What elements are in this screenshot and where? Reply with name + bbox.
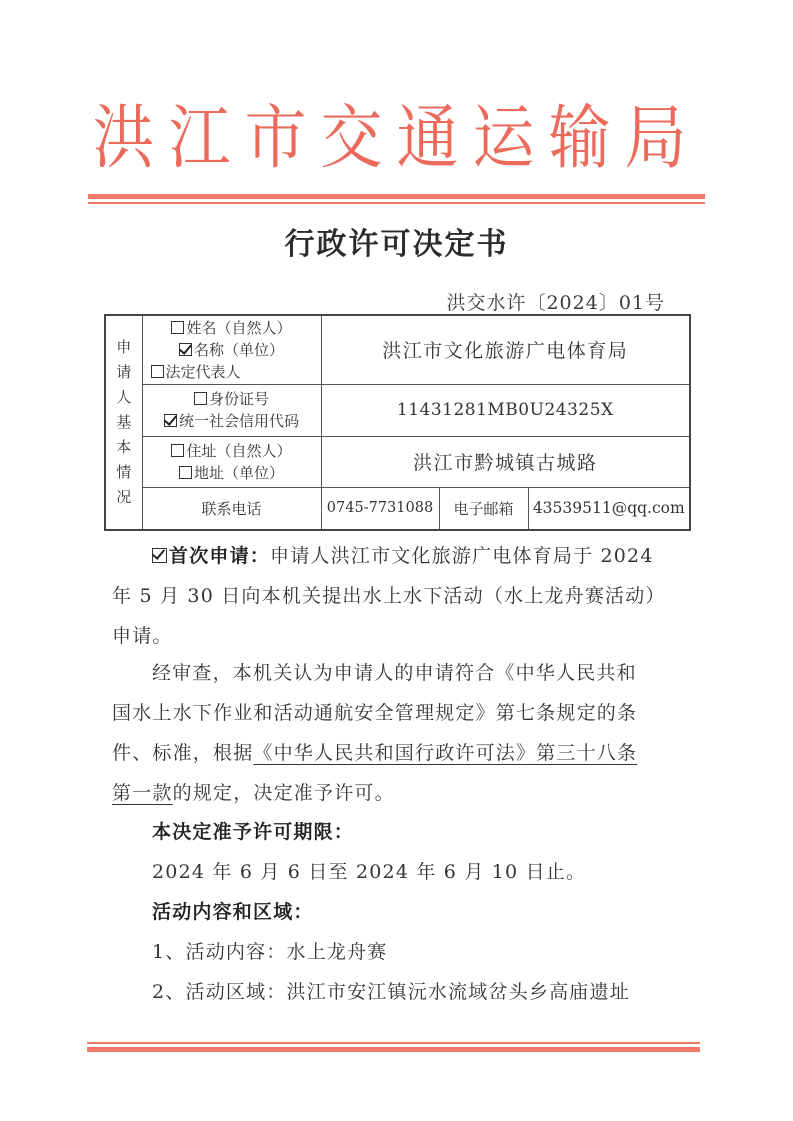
id-row: 身份证号 统一社会信用代码 11431281MB0U24325X [105, 384, 690, 436]
applicant-info-table: 申 请 人 基 本 情 况 姓名（自然人） 名称（单位） 法定代表人 洪江市文化… [104, 314, 691, 531]
checkbox-checked-icon [179, 343, 192, 356]
option-natural-person-name: 姓名（自然人） [143, 317, 321, 339]
address-type-options: 住址（自然人） 地址（单位） [142, 436, 321, 487]
id-type-options: 身份证号 统一社会信用代码 [142, 384, 321, 436]
applicant-name-value: 洪江市文化旅游广电体育局 [321, 315, 690, 384]
checkbox-unchecked-icon [171, 321, 184, 334]
contact-row: 联系电话 0745-7731088 电子邮箱 43539511@qq.com [105, 487, 690, 530]
credit-code-value: 11431281MB0U24325X [321, 384, 690, 436]
first-application-paragraph: 首次申请：申请人洪江市文化旅游广电体育局于 2024 年 5 月 30 日向本机… [112, 536, 672, 656]
checkbox-unchecked-icon [194, 392, 207, 405]
law-reference: 《中华人民共和国行政许可法》第三十八条 [253, 742, 637, 764]
checkbox-checked-icon [152, 548, 167, 563]
activity-section: 活动内容和区域： 1、活动内容：水上龙舟赛 2、活动区域：洪江市安江镇沅水流域岔… [112, 892, 672, 1012]
law-clause-reference: 第一款 [112, 782, 173, 804]
activity-content-item: 1、活动内容：水上龙舟赛 [152, 941, 388, 963]
activity-area-item: 2、活动区域：洪江市安江镇沅水流域岔头乡高庙遗址 [152, 981, 630, 1003]
option-credit-code: 统一社会信用代码 [143, 410, 321, 432]
option-organization-name: 名称（单位） [143, 339, 321, 361]
checkbox-unchecked-icon [171, 444, 184, 457]
agency-name-header: 洪江市交通运输局 [0, 82, 793, 182]
phone-value: 0745-7731088 [321, 487, 439, 530]
email-value: 43539511@qq.com [528, 487, 690, 530]
option-residence: 住址（自然人） [143, 440, 321, 462]
document-number: 洪交水许〔2024〕01号 [446, 288, 665, 315]
permit-period-value: 2024 年 6 月 6 日至 2024 年 6 月 10 日止。 [152, 861, 586, 883]
footer-rule-thin [87, 1042, 700, 1044]
header-rule-thick [88, 194, 705, 199]
option-id-card: 身份证号 [143, 388, 321, 410]
checkbox-unchecked-icon [179, 466, 192, 479]
checkbox-checked-icon [164, 414, 177, 427]
activity-heading: 活动内容和区域： [152, 901, 314, 923]
name-row: 申 请 人 基 本 情 况 姓名（自然人） 名称（单位） 法定代表人 洪江市文化… [105, 315, 690, 384]
permit-period-section: 本决定准予许可期限： 2024 年 6 月 6 日至 2024 年 6 月 10… [112, 812, 672, 892]
address-row: 住址（自然人） 地址（单位） 洪江市黔城镇古城路 [105, 436, 690, 487]
address-value: 洪江市黔城镇古城路 [321, 436, 690, 487]
review-paragraph: 经审查，本机关认为申请人的申请符合《中华人民共和 国水上水下作业和活动通航安全管… [112, 653, 672, 813]
email-label: 电子邮箱 [439, 487, 528, 530]
document-title: 行政许可决定书 [0, 219, 793, 263]
phone-label: 联系电话 [142, 487, 321, 530]
section-label-applicant-basic-info: 申 请 人 基 本 情 况 [105, 315, 142, 530]
footer-rule-thick [87, 1047, 700, 1052]
option-address: 地址（单位） [143, 462, 321, 484]
permit-period-heading: 本决定准予许可期限： [152, 821, 354, 843]
header-rule-thin [88, 202, 705, 204]
option-legal-representative: 法定代表人 [143, 361, 321, 383]
name-type-options: 姓名（自然人） 名称（单位） 法定代表人 [142, 315, 321, 384]
checkbox-unchecked-icon [151, 365, 164, 378]
